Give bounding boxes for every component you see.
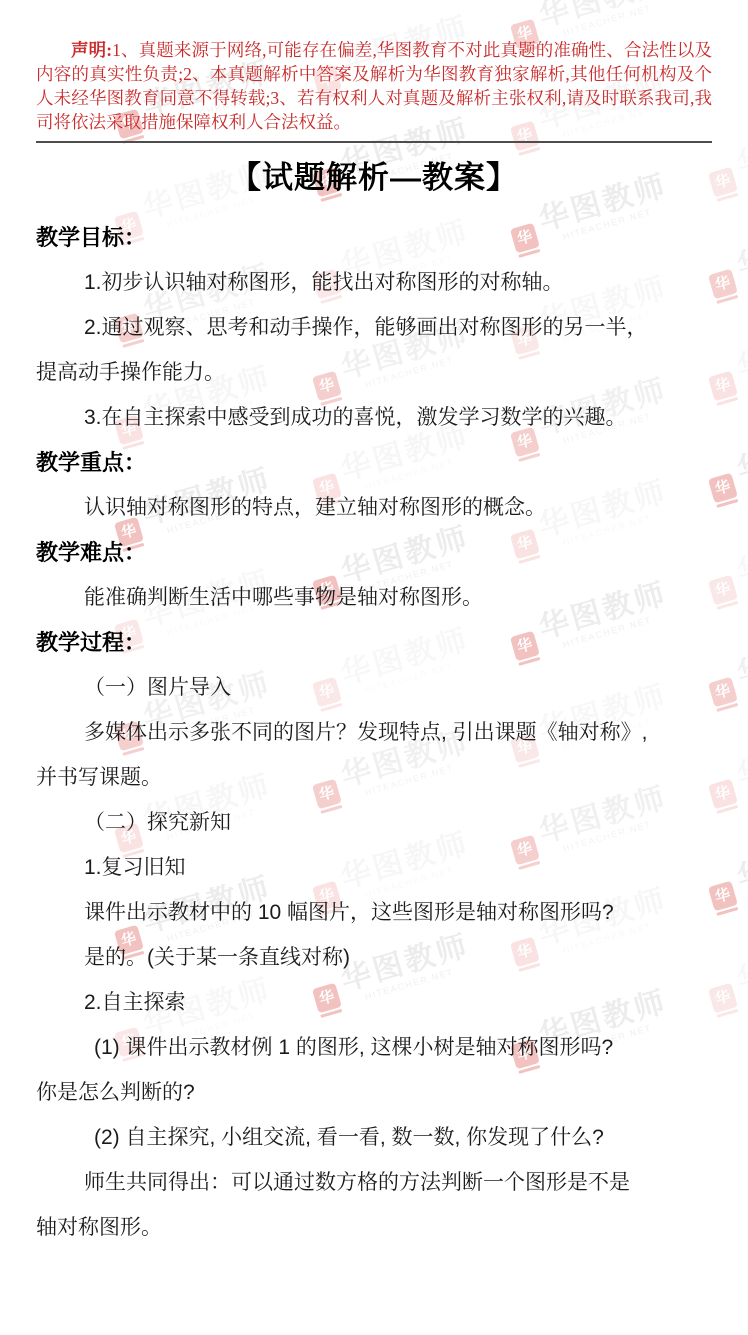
text-line: （二）探究新知 (36, 800, 712, 845)
text-line: （一）图片导入 (36, 665, 712, 710)
text-line: 提高动手操作能力。 (36, 350, 712, 395)
document-page: 华华图教师HITEACHER.NET华华图教师HITEACHER.NET华华图教… (0, 0, 748, 1335)
text-line: 3.在自主探索中感受到成功的喜悦，激发学习数学的兴趣。 (36, 395, 712, 440)
text-line: (1) 课件出示教材例 1 的图形, 这棵小树是轴对称图形吗? (36, 1025, 712, 1070)
watermark-brand-text: 华图教师 (536, 0, 671, 32)
text-line: 1.初步认识轴对称图形，能找出对称图形的对称轴。 (36, 260, 712, 305)
text-line: 并书写课题。 (36, 755, 712, 800)
text-line: (2) 自主探究, 小组交流, 看一看, 数一数, 你发现了什么? (36, 1115, 712, 1160)
text-line: 认识轴对称图形的特点，建立轴对称图形的概念。 (36, 485, 712, 530)
section-heading: 教学难点： (36, 530, 712, 575)
text-line: 多媒体出示多张不同的图片？发现特点, 引出课题《轴对称》, (36, 710, 712, 755)
divider (36, 141, 712, 143)
text-line: 你是怎么判断的? (36, 1070, 712, 1115)
text-line: 课件出示教材中的 10 幅图片，这些图形是轴对称图形吗? (36, 890, 712, 935)
page-title: 【试题解析—教案】 (0, 155, 748, 201)
disclaimer-text: 1、真题来源于网络,可能存在偏差,华图教育不对此真题的准确性、合法性以及内容的真… (36, 40, 712, 132)
text-line: 师生共同得出：可以通过数方格的方法判断一个图形是不是 (36, 1160, 712, 1205)
text-line: 2.通过观察、思考和动手操作，能够画出对称图形的另一半， (36, 305, 712, 350)
text-line: 是的。(关于某一条直线对称) (36, 935, 712, 980)
text-line: 轴对称图形。 (36, 1205, 712, 1250)
section-heading: 教学目标： (36, 215, 712, 260)
text-line: 1.复习旧知 (36, 845, 712, 890)
text-line: 能准确判断生活中哪些事物是轴对称图形。 (36, 575, 712, 620)
document-body: 教学目标：1.初步认识轴对称图形，能找出对称图形的对称轴。2.通过观察、思考和动… (36, 215, 712, 1250)
text-line: 2.自主探索 (36, 980, 712, 1025)
section-heading: 教学重点： (36, 440, 712, 485)
watermark-url-text: HITEACHER.NET (562, 0, 674, 38)
section-heading: 教学过程： (36, 620, 712, 665)
disclaimer-label: 声明: (71, 40, 112, 60)
disclaimer: 声明:1、真题来源于网络,可能存在偏差,华图教育不对此真题的准确性、合法性以及内… (36, 38, 712, 134)
